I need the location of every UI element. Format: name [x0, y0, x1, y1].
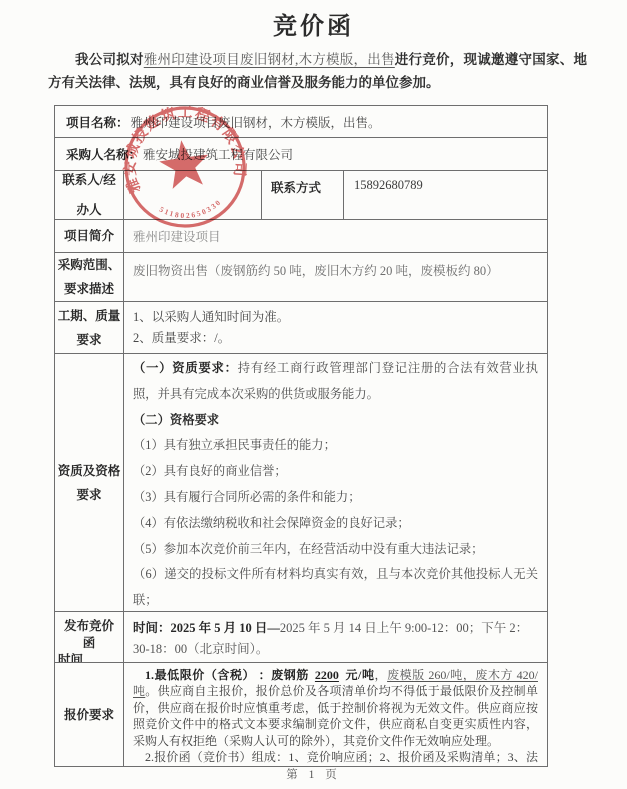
quote-label: 报价要求 — [55, 663, 124, 766]
purchaser-cell: 采购人名称： 雅安城投建筑工程有限公司 — [55, 138, 547, 170]
purchaser-label: 采购人名称： — [66, 145, 141, 163]
contact-label: 联系人/经 办人 — [55, 171, 124, 219]
quote-p1: 1.最低限价（含税） ：废钢筋2200元/吨，废模版 260/吨，废木方 420… — [133, 667, 538, 749]
brief-label: 项目简介 — [55, 220, 124, 252]
announce-value: 时间：2025 年 5 月 10 日—2025 年 5 月 14 日上午 9:0… — [124, 612, 547, 662]
quote-p2: 2.报价函（竞价书）组成：1、竞价响应函；2、报价函及采购清单；3、法定代表人身… — [133, 749, 538, 766]
scope-label: 采购范围、 要求描述 — [55, 253, 124, 301]
row-schedule: 工期、质量 要求 1、以采购人通知时间为准。 2、质量要求：/。 — [55, 302, 547, 354]
bidding-table: 项目名称： 雅州印建设项目废旧钢材，木方模版，出售。 采购人名称： 雅安城投建筑… — [54, 105, 548, 767]
row-purchaser: 采购人名称： 雅安城投建筑工程有限公司 — [55, 138, 547, 171]
schedule-label: 工期、质量 要求 — [55, 302, 124, 353]
intro-prefix: 我公司拟对 — [75, 52, 144, 67]
document-page: 竞价函 我公司拟对雅州印建设项目废旧钢材,木方模版，出售进行竞价，现诚邀遵守国家… — [0, 0, 627, 789]
row-project-name: 项目名称： 雅州印建设项目废旧钢材，木方模版，出售。 — [55, 106, 547, 138]
qualification-label: 资质及资格 要求 — [55, 354, 124, 611]
intro-project-underlined: 雅州印建设项目废旧钢材,木方模版，出售 — [144, 52, 395, 67]
qualification-item: （4）有依法缴纳税收和社会保障资金的良好记录； — [133, 511, 538, 537]
quote-value: 1.最低限价（含税） ：废钢筋2200元/吨，废模版 260/吨，废木方 420… — [124, 663, 547, 766]
schedule-value: 1、以采购人通知时间为准。 2、质量要求：/。 — [124, 302, 547, 353]
row-announce-time: 发布竞价函 时间 时间：2025 年 5 月 10 日—2025 年 5 月 1… — [55, 612, 547, 663]
page-title: 竞价函 — [0, 6, 627, 41]
page-number: 第 1 页 — [0, 766, 627, 782]
qualification-item: （3）具有履行合同所必需的条件和能力； — [133, 485, 538, 511]
schedule-line: 2、质量要求：/。 — [133, 328, 538, 349]
purchaser-value: 雅安城投建筑工程有限公司 — [143, 145, 293, 163]
project-name-value: 雅州印建设项目废旧钢材，木方模版，出售。 — [131, 113, 381, 131]
qualification-value: （一）资质要求：持有经工商行政管理部门登记注册的合法有效营业执照，并具有完成本次… — [124, 354, 547, 611]
project-name-label: 项目名称： — [66, 113, 129, 131]
row-brief: 项目简介 雅州印建设项目 — [55, 220, 547, 253]
qualification-p1: （一）资质要求：持有经工商行政管理部门登记注册的合法有效营业执照，并具有完成本次… — [133, 356, 538, 408]
intro-paragraph: 我公司拟对雅州印建设项目废旧钢材,木方模版，出售进行竞价，现诚邀遵守国家、地方有… — [48, 48, 587, 94]
qualification-item: （6）递交的投标文件所有材料均真实有效，且与本次竞价其他投标人无关联； — [133, 562, 538, 612]
contact-name-cell — [124, 171, 262, 219]
schedule-line: 1、以采购人通知时间为准。 — [133, 307, 538, 328]
project-name-cell: 项目名称： 雅州印建设项目废旧钢材，木方模版，出售。 — [55, 106, 547, 137]
brief-value: 雅州印建设项目 — [124, 220, 547, 252]
row-contact: 联系人/经 办人 联系方式 15892680789 — [55, 171, 547, 220]
qualification-item: （2）具有良好的商业信誉； — [133, 459, 538, 485]
row-quote-requirements: 报价要求 1.最低限价（含税） ：废钢筋2200元/吨，废模版 260/吨，废木… — [55, 663, 547, 766]
scope-value: 废旧物资出售（废钢筋约 50 吨，废旧木方约 20 吨，废模板约 80） — [124, 253, 547, 301]
contact-phone-value: 15892680789 — [344, 171, 547, 219]
qualification-item: （1）具有独立承担民事责任的能力； — [133, 433, 538, 459]
contact-method-label: 联系方式 — [262, 171, 344, 219]
announce-label: 发布竞价函 时间 — [55, 612, 124, 662]
qualification-item: （5）参加本次竞价前三年内，在经营活动中没有重大违法记录； — [133, 537, 538, 563]
row-qualification: 资质及资格 要求 （一）资质要求：持有经工商行政管理部门登记注册的合法有效营业执… — [55, 354, 547, 612]
qualification-p2: （二）资格要求 — [133, 408, 538, 434]
row-scope: 采购范围、 要求描述 废旧物资出售（废钢筋约 50 吨，废旧木方约 20 吨，废… — [55, 253, 547, 302]
